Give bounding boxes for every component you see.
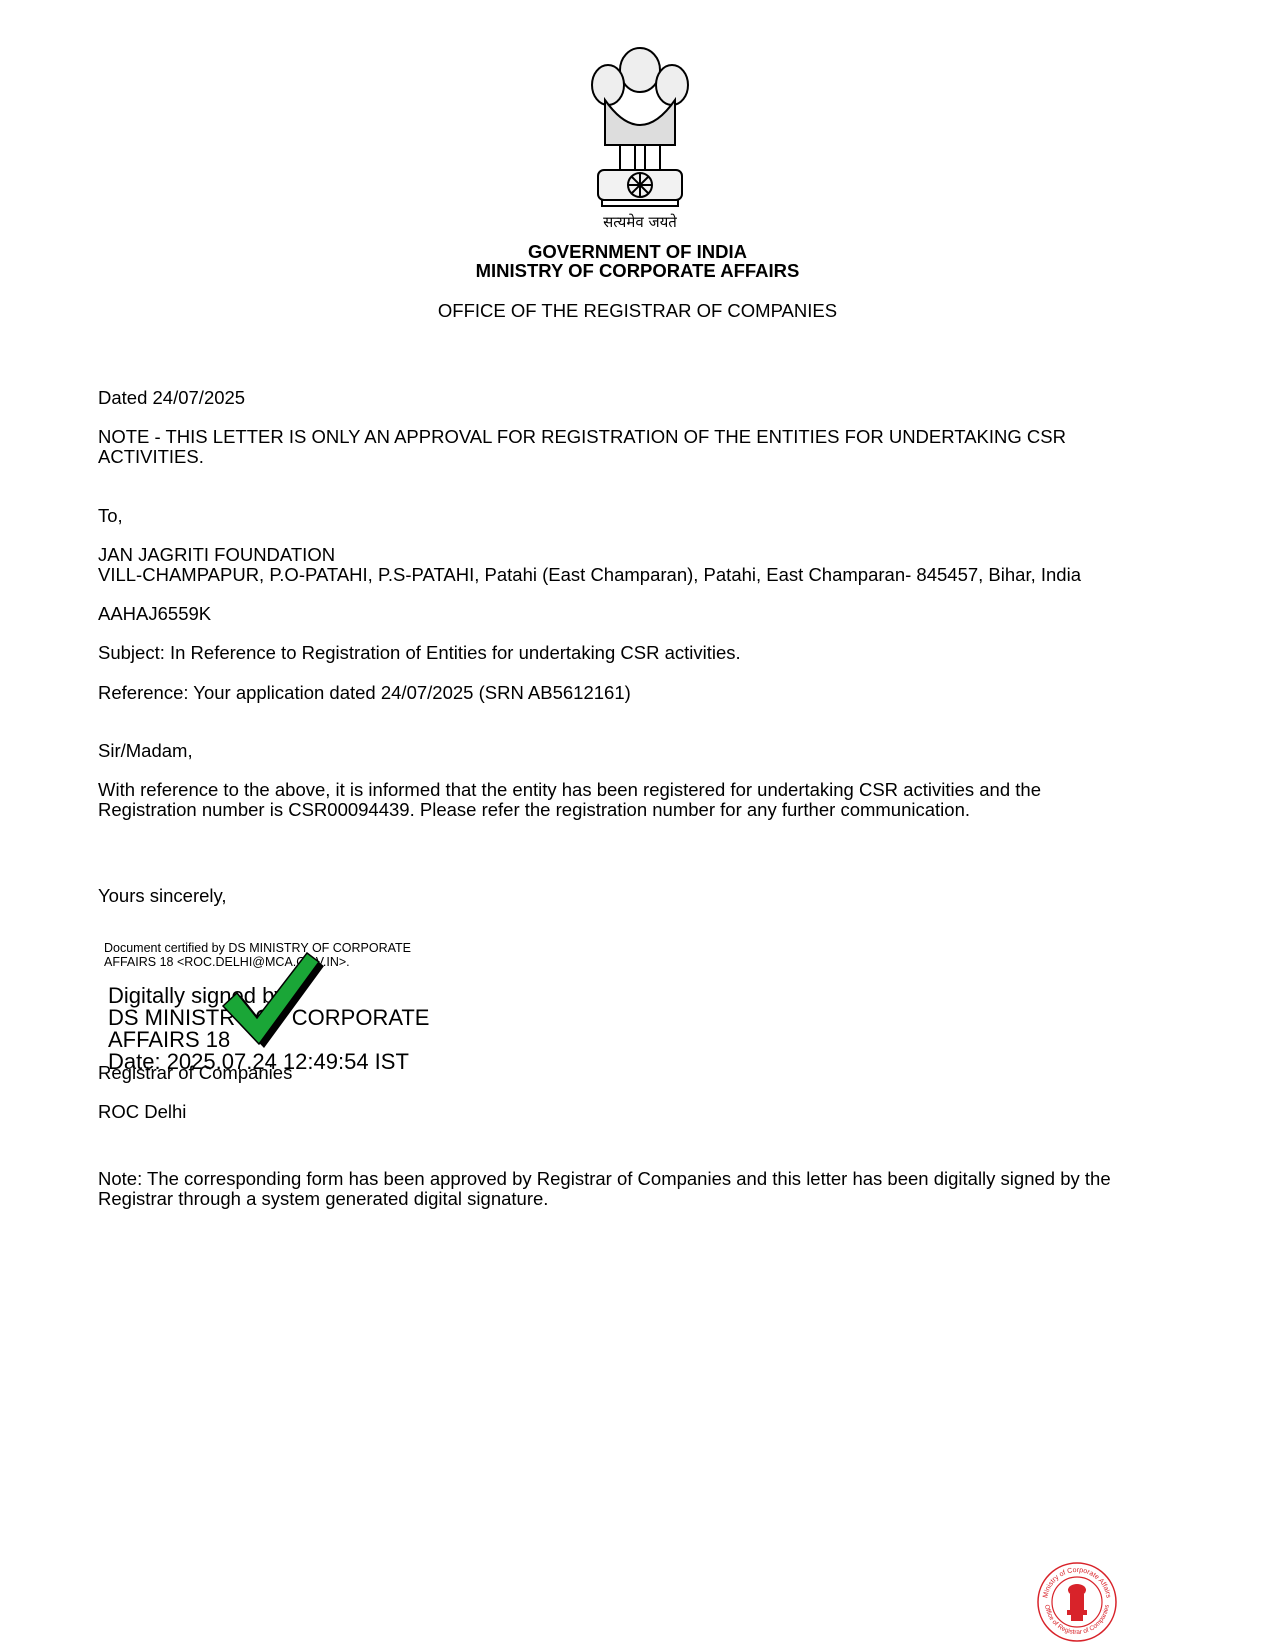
footer-note-line2: Registrar through a system generated dig… [98,1189,1188,1209]
letter-note-line1: NOTE - THIS LETTER IS ONLY AN APPROVAL F… [98,427,1188,447]
recipient-address: VILL-CHAMPAPUR, P.O-PATAHI, P.S-PATAHI, … [98,565,1248,585]
letter-body-line1: With reference to the above, it is infor… [98,780,1188,800]
recipient-pan: AAHAJ6559K [98,604,1188,624]
signature-title: Registrar of Companies [98,1063,1188,1083]
letter-salutation: Sir/Madam, [98,741,1188,761]
signature-valid-checkmark-icon[interactable] [220,952,325,1057]
letter-closing: Yours sincerely, [98,886,1188,906]
letter-date: Dated 24/07/2025 [98,388,1188,408]
letter-reference: Reference: Your application dated 24/07/… [98,683,1188,703]
letter-note-line2: ACTIVITIES. [98,447,1188,467]
header-ministry: MINISTRY OF CORPORATE AFFAIRS [0,261,1275,281]
recipient-name: JAN JAGRITI FOUNDATION [98,545,1188,565]
header-government: GOVERNMENT OF INDIA [0,242,1275,262]
letter-to: To, [98,506,1188,526]
national-emblem-icon [580,40,700,215]
emblem-motto: सत्यमेव जयते [560,212,720,232]
header-office: OFFICE OF THE REGISTRAR OF COMPANIES [0,300,1275,322]
registrar-seal-icon: Ministry of Corporate Affairs Office of … [1035,1560,1119,1644]
footer-note-line1: Note: The corresponding form has been ap… [98,1169,1248,1189]
signature-office: ROC Delhi [98,1102,1188,1122]
letter-subject: Subject: In Reference to Registration of… [98,643,1188,663]
letter-body-line2: Registration number is CSR00094439. Plea… [98,800,1188,820]
